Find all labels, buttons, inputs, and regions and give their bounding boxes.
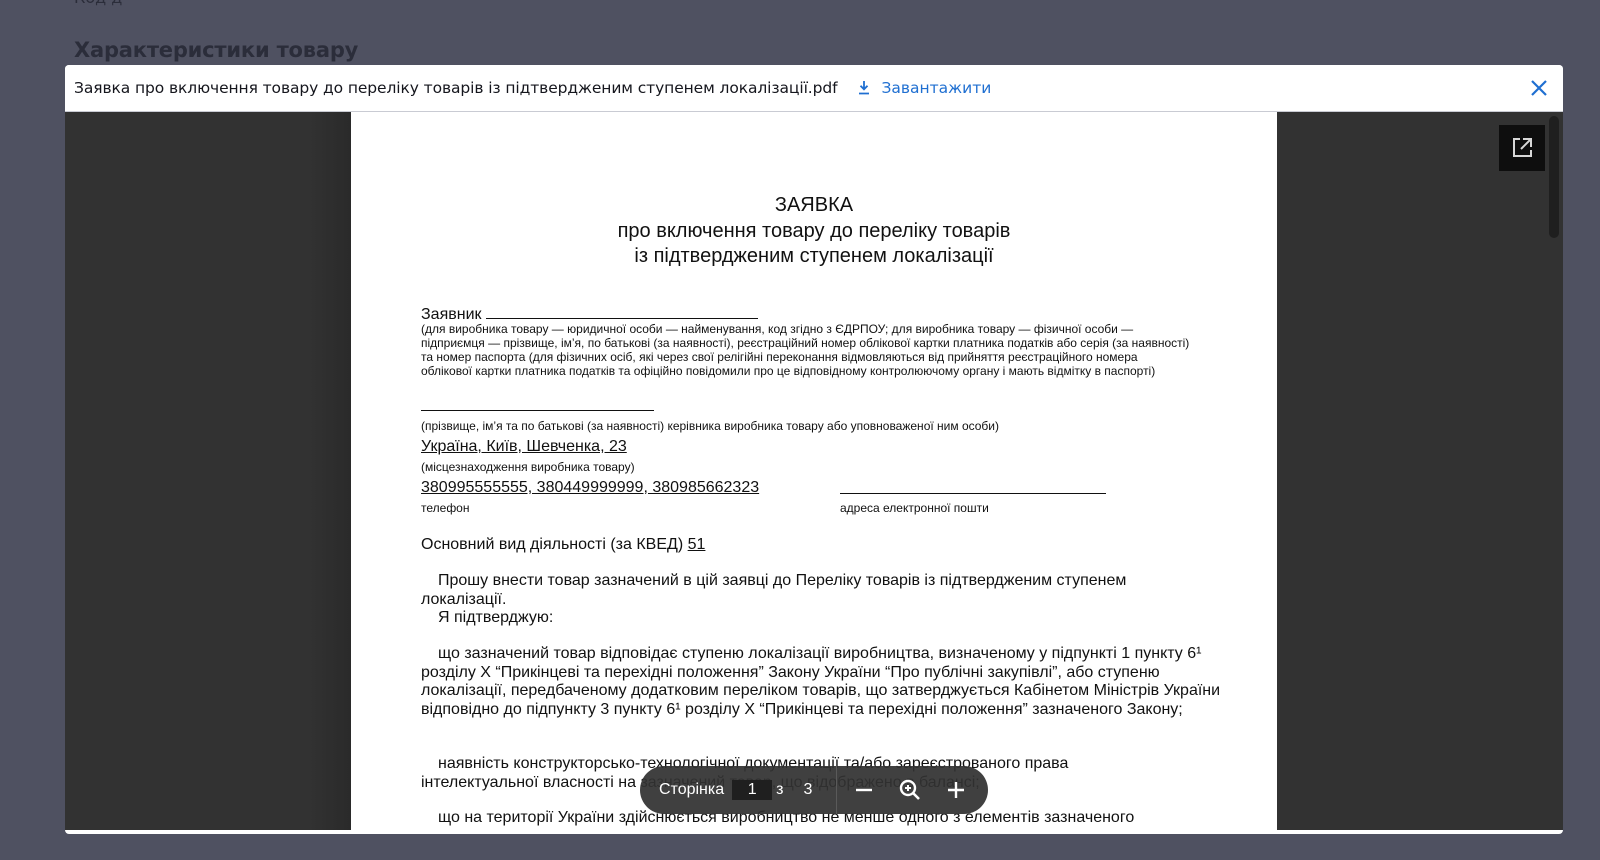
kved-line: Основний вид діяльності (за КВЕД) 51 <box>421 536 705 554</box>
pdf-toolbar: Сторінка з 3 <box>640 766 988 814</box>
request-paragraph: Прошу внести товар зазначений в цій заяв… <box>421 572 1211 609</box>
open-in-new-icon <box>1510 136 1534 160</box>
download-icon <box>857 80 871 96</box>
plus-icon <box>946 780 966 800</box>
open-in-new-button[interactable] <box>1499 125 1545 171</box>
applicant-line: Заявник <box>421 304 758 324</box>
doc-subtitle-line-1: про включення товару до переліку товарів <box>351 220 1277 243</box>
kved-value: 51 <box>688 536 706 553</box>
close-button[interactable] <box>1527 76 1551 100</box>
page-number-input[interactable] <box>732 780 772 800</box>
close-icon <box>1527 76 1551 100</box>
zoom-out-button[interactable] <box>849 775 879 805</box>
section-heading: Характеристики товару <box>74 38 358 62</box>
address-note: (місцезнаходження виробника товару) <box>421 460 635 474</box>
page-label: Сторінка <box>659 781 724 799</box>
applicant-note: (для виробника товару — юридичної особи … <box>421 322 1191 378</box>
address-value: Україна, Київ, Шевченка, 23 <box>421 438 627 456</box>
scrollbar[interactable] <box>1549 116 1559 238</box>
head-note: (прізвище, ім’я та по батькові (за наявн… <box>421 419 999 433</box>
zoom-in-button[interactable] <box>941 775 971 805</box>
total-pages: 3 <box>803 781 812 799</box>
doc-subtitle-line-2: із підтвердженим ступенем локалізації <box>351 245 1277 268</box>
zoom-icon <box>898 778 922 802</box>
applicant-label: Заявник <box>421 306 482 323</box>
phone-value: 380995555555, 380449999999, 380985662323 <box>421 479 759 497</box>
head-name-field <box>421 396 654 416</box>
toolbar-divider <box>836 766 837 814</box>
page-of-label: з <box>776 781 783 799</box>
applicant-field <box>486 304 758 319</box>
pdf-viewer[interactable]: ЗАЯВКА про включення товару до переліку … <box>65 112 1563 830</box>
background-top-text: Код д <box>74 0 122 7</box>
modal-header: Заявка про включення товару до переліку … <box>65 65 1563 112</box>
kved-label: Основний вид діяльності (за КВЕД) <box>421 536 683 553</box>
download-label: Завантажити <box>881 79 991 97</box>
clause-1: що зазначений товар відповідає ступеню л… <box>421 645 1221 719</box>
fit-zoom-button[interactable] <box>895 775 925 805</box>
pdf-preview-modal: Заявка про включення товару до переліку … <box>65 65 1563 834</box>
confirm-label: Я підтверджую: <box>421 609 1211 628</box>
email-label: адреса електронної пошти <box>840 501 989 515</box>
pdf-page: ЗАЯВКА про включення товару до переліку … <box>351 112 1277 830</box>
doc-title: ЗАЯВКА <box>351 194 1277 217</box>
minus-icon <box>854 780 874 800</box>
email-field <box>840 479 1106 499</box>
phone-label: телефон <box>421 501 470 515</box>
download-button[interactable]: Завантажити <box>857 79 991 97</box>
modal-title: Заявка про включення товару до переліку … <box>74 79 837 97</box>
